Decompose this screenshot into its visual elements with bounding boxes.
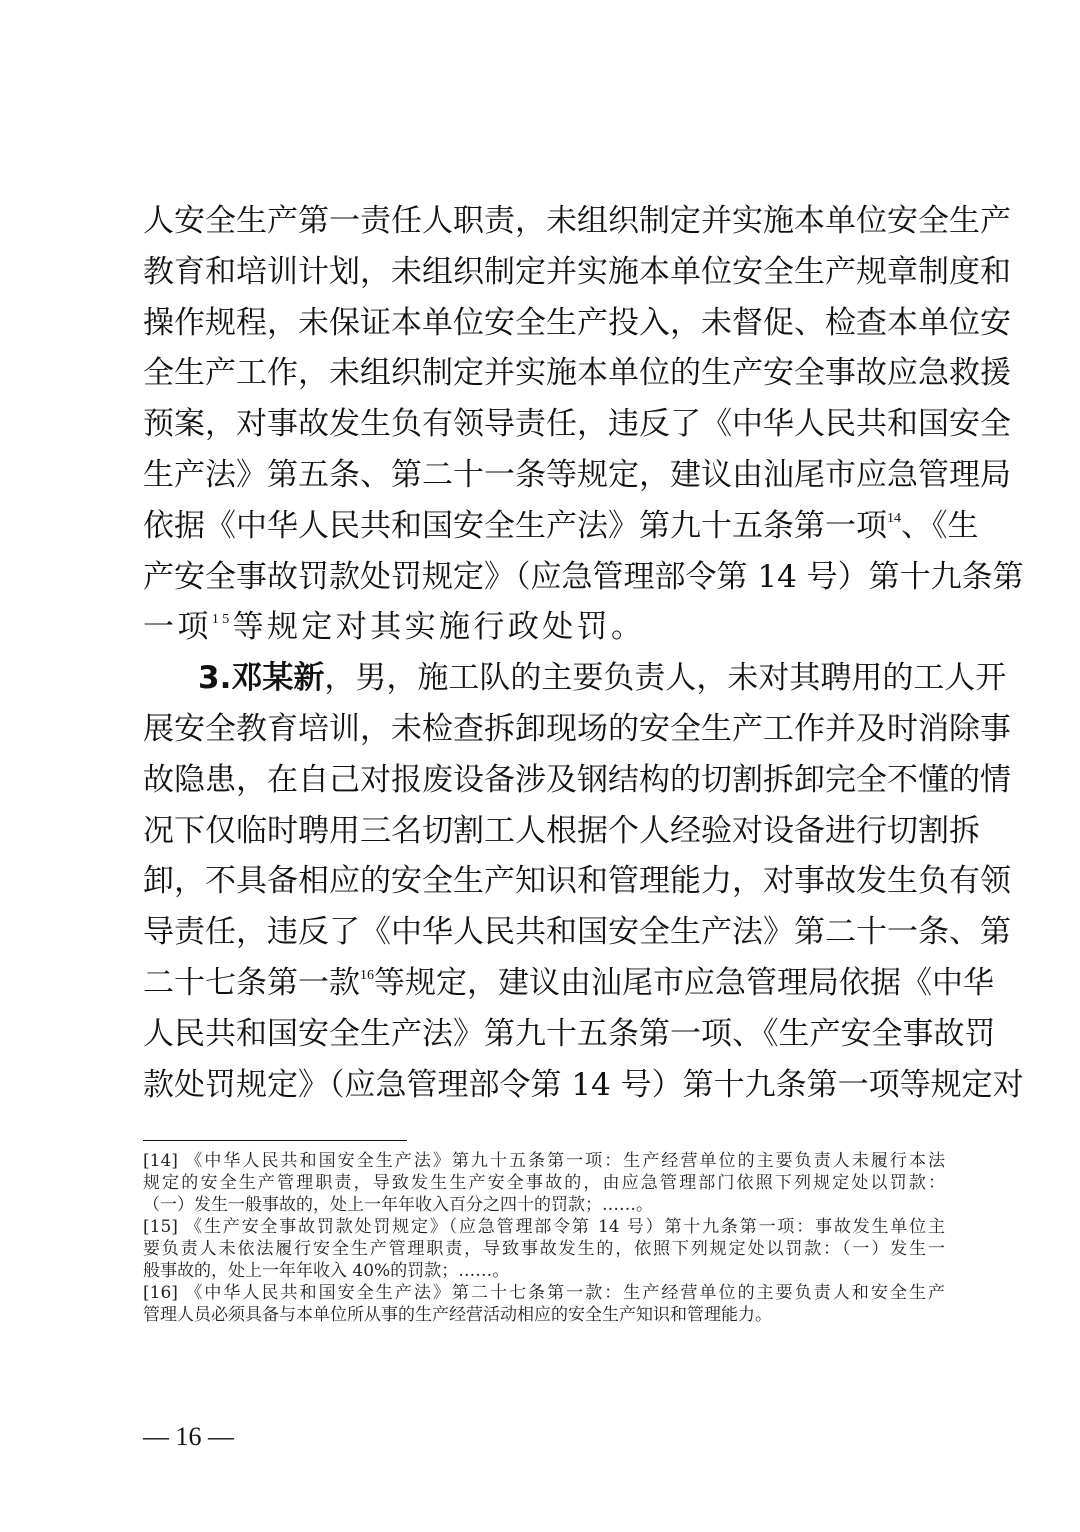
footnote-ref-14[interactable]: 14 (887, 511, 901, 526)
footnote-16-line: 管理人员必须具备与本单位所从事的生产经营活动相应的安全生产知识和管理能力。 (143, 1304, 945, 1326)
footnote-ref-15[interactable]: 15 (212, 612, 233, 627)
footnote-15-line: 般事故的，处上一年年收入 40%的罚款；……。 (143, 1260, 945, 1282)
body-line: 一项15等规定对其实施行政处罚。 (143, 602, 945, 653)
footnote-14-line: 规定的安全生产管理职责，导致发生生产安全事故的，由应急管理部门依照下列规定处以罚… (143, 1172, 945, 1194)
body-line: 二十七条第一款16等规定，建议由汕尾市应急管理局依据《中华 (143, 958, 945, 1009)
footnote-15-line: 要负责人未依法履行安全生产管理职责，导致事故发生的，依照下列规定处以罚款：（一）… (143, 1238, 945, 1260)
body-text-segment: ，男，施工队的主要负责人，未对其聘用的工人开 (324, 660, 1006, 696)
body-line: 故隐患，在自己对报废设备涉及钢结构的切割拆卸完全不懂的情 (143, 755, 945, 806)
footnotes: [14] 《中华人民共和国安全生产法》第九十五条第一项：生产经营单位的主要负责人… (143, 1150, 945, 1326)
body-text: 人安全生产第一责任人职责，未组织制定并实施本单位安全生产 教育和培训计划，未组织… (143, 196, 945, 1110)
footnote-ref-16[interactable]: 16 (360, 968, 374, 983)
body-line: 人民共和国安全生产法》第九十五条第一项、《生产安全事故罚 (143, 1009, 945, 1060)
body-line: 依据《中华人民共和国安全生产法》第九十五条第一项14、《生 (143, 501, 945, 552)
body-text-segment: 等规定，建议由汕尾市应急管理局依据《中华 (374, 965, 994, 1001)
document-page: 人安全生产第一责任人职责，未组织制定并实施本单位安全生产 教育和培训计划，未组织… (0, 0, 1080, 1532)
paragraph-start-line: 3.邓某新，男，施工队的主要负责人，未对其聘用的工人开 (143, 653, 945, 704)
body-line: 全生产工作，未组织制定并实施本单位的生产安全事故应急救援 (143, 348, 945, 399)
person-heading: 3.邓某新 (198, 660, 324, 696)
body-line: 款处罚规定》（应急管理部令第 14 号）第十九条第一项等规定对 (143, 1060, 945, 1111)
body-text-segment: 二十七条第一款 (143, 965, 360, 1001)
page-number: — 16 — (143, 1422, 234, 1452)
footnote-16-line: [16] 《中华人民共和国安全生产法》第二十七条第一款：生产经营单位的主要负责人… (143, 1282, 945, 1304)
body-line: 教育和培训计划，未组织制定并实施本单位安全生产规章制度和 (143, 247, 945, 298)
footnote-14-line: （一）发生一般事故的，处上一年年收入百分之四十的罚款；……。 (143, 1194, 945, 1216)
body-text-segment: 依据《中华人民共和国安全生产法》第九十五条第一项 (143, 508, 887, 544)
body-text-segment: 一项 (143, 609, 212, 645)
body-line: 导责任，违反了《中华人民共和国安全生产法》第二十一条、第 (143, 907, 945, 958)
body-line: 产安全事故罚款处罚规定》（应急管理部令第 14 号）第十九条第 (143, 552, 945, 603)
body-line: 卸，不具备相应的安全生产知识和管理能力，对事故发生负有领 (143, 856, 945, 907)
body-text-segment: 、《生 (901, 508, 979, 544)
body-line: 展安全教育培训，未检查拆卸现场的安全生产工作并及时消除事 (143, 704, 945, 755)
body-line: 生产法》第五条、第二十一条等规定，建议由汕尾市应急管理局 (143, 450, 945, 501)
footnote-14-line: [14] 《中华人民共和国安全生产法》第九十五条第一项：生产经营单位的主要负责人… (143, 1150, 945, 1172)
footnote-separator (143, 1140, 407, 1141)
body-line: 操作规程，未保证本单位安全生产投入，未督促、检查本单位安 (143, 298, 945, 349)
footnote-15-line: [15] 《生产安全事故罚款处罚规定》（应急管理部令第 14 号）第十九条第一项… (143, 1216, 945, 1238)
body-line: 预案，对事故发生负有领导责任，违反了《中华人民共和国安全 (143, 399, 945, 450)
body-line: 人安全生产第一责任人职责，未组织制定并实施本单位安全生产 (143, 196, 945, 247)
body-line: 况下仅临时聘用三名切割工人根据个人经验对设备进行切割拆 (143, 806, 945, 857)
body-text-segment: 等规定对其实施行政处罚。 (233, 609, 646, 645)
